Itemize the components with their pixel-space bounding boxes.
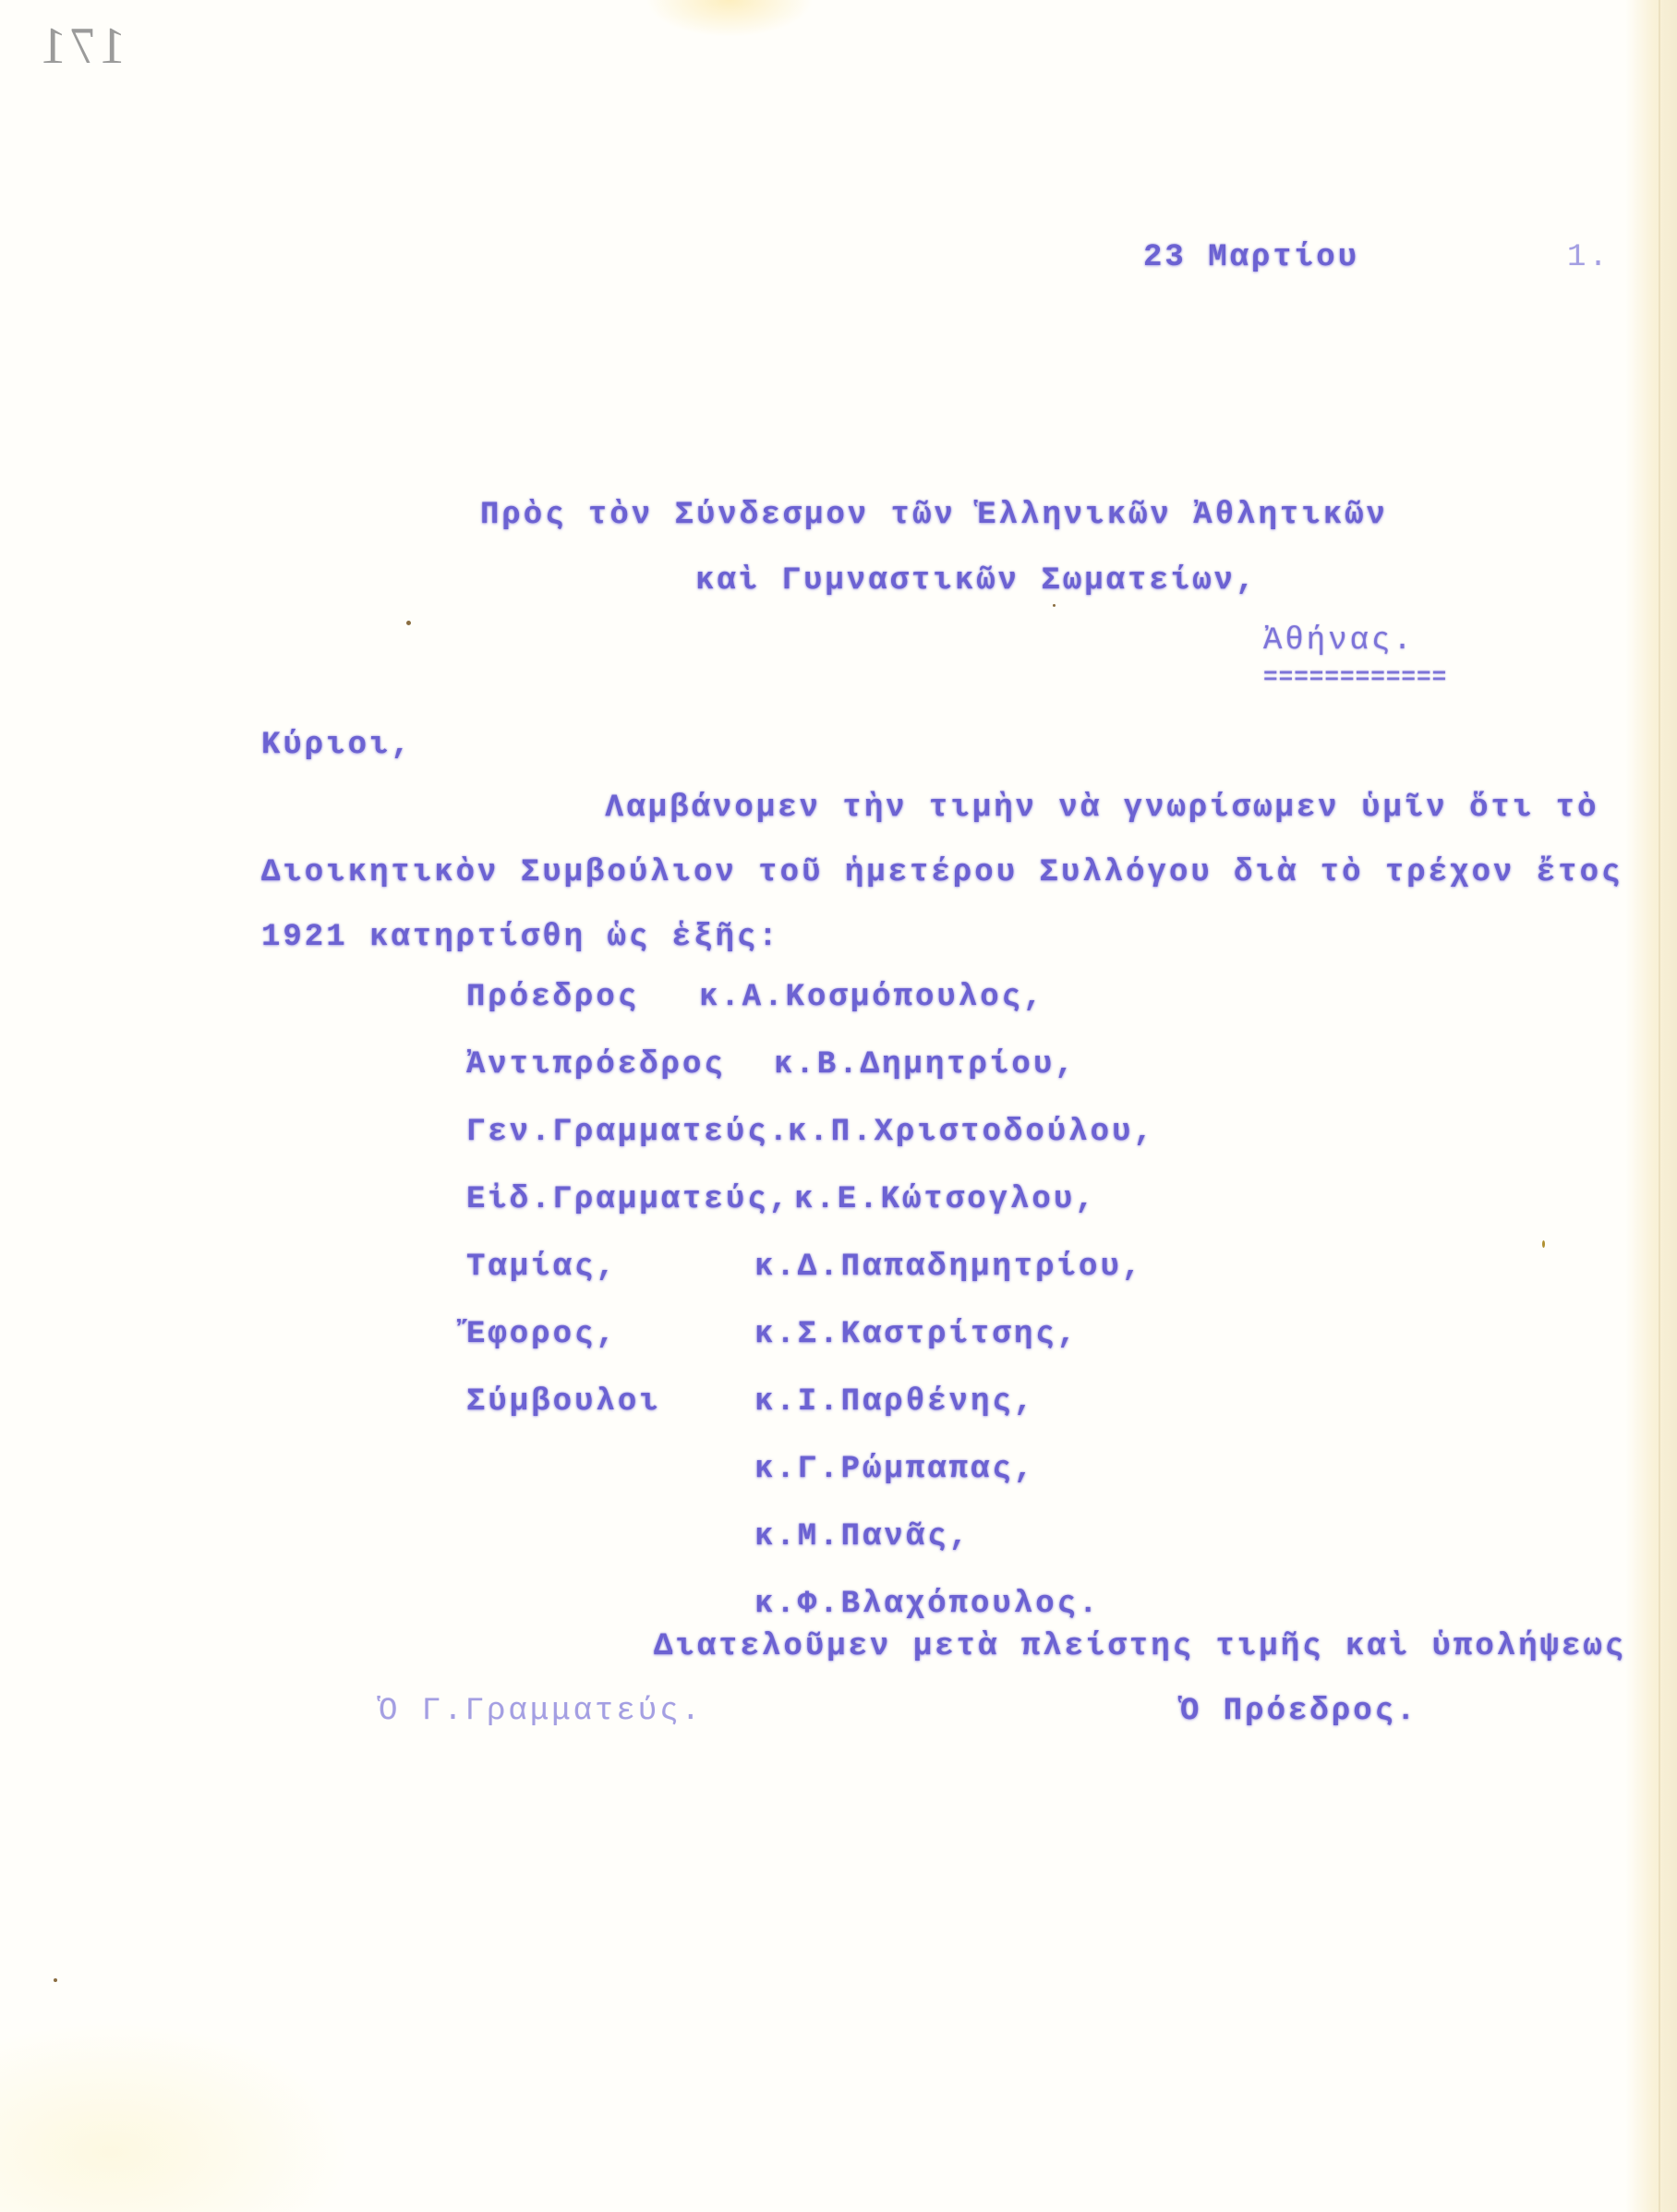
addressee-city: Ἀθήνας. [1263, 625, 1415, 657]
closing-line: Διατελοῦμεν μετὰ πλείστης τιμῆς καὶ ὑπολ… [654, 1631, 1626, 1662]
officer-name: κ.Σ.Καστρίτσης, [754, 1319, 1079, 1350]
city-underline: ============ [1263, 663, 1447, 691]
officer-name: κ.Ι.Παρθένης, [754, 1386, 1035, 1418]
paper-edge [1659, 0, 1660, 2212]
body-line-1: Λαμβάνομεν τὴν τιμὴν νὰ γνωρίσωμεν ὑμῖν … [605, 792, 1599, 824]
signature-president: Ὁ Πρόεδρος. [1180, 1696, 1418, 1727]
officer-title: Γεν.Γραμματεύς. [466, 1117, 790, 1148]
officer-name: κ.Φ.Βλαχόπουλος. [754, 1589, 1100, 1620]
officer-title: Εἰδ.Γραμματεύς, [466, 1184, 790, 1215]
paper-speck [1053, 604, 1056, 607]
officer-title: Πρόεδρος [466, 982, 639, 1013]
letter-date: 23 Μαρτίου [1143, 242, 1359, 273]
paper-speck [406, 621, 411, 625]
signature-secretary: Ὁ Γ.Γραμματεύς. [379, 1696, 703, 1727]
addressee-line-1: Πρὸς τὸν Σύνδεσμον τῶν Ἑλληνικῶν Ἀθλητικ… [480, 500, 1388, 531]
officer-name: κ.Α.Κοσμόπουλος, [699, 982, 1044, 1013]
officer-title: Ἀντιπρόεδρος [466, 1049, 726, 1081]
officer-name: κ.Μ.Πανᾶς, [754, 1521, 971, 1553]
officer-name: κ.Ε.Κώτσογλου, [794, 1184, 1097, 1215]
officer-name: κ.Π.Χριστοδούλου, [788, 1117, 1155, 1148]
body-line-2: Διοικητικὸν Συμβούλιον τοῦ ἡμετέρου Συλλ… [261, 857, 1623, 888]
officer-name: κ.Β.Δημητρίου, [774, 1049, 1077, 1081]
page-number: 1. [1567, 242, 1611, 273]
officer-name: κ.Γ.Ρώμπαπας, [754, 1454, 1035, 1485]
folio-number: 171 [37, 17, 126, 76]
officer-title: Σύμβουλοι [466, 1386, 661, 1418]
paper-speck [1542, 1240, 1545, 1248]
salutation: Κύριοι, [261, 730, 413, 761]
officer-title: Ἔφορος, [466, 1319, 618, 1350]
paper-speck [54, 1978, 57, 1982]
addressee-line-2: καὶ Γυμναστικῶν Σωματείων, [695, 565, 1258, 597]
body-line-3: 1921 κατηρτίσθη ὡς ἑξῆς: [261, 922, 780, 953]
officer-title: Ταμίας, [466, 1251, 618, 1283]
document-page [0, 0, 1677, 2212]
officer-name: κ.Δ.Παπαδημητρίου, [754, 1251, 1143, 1283]
